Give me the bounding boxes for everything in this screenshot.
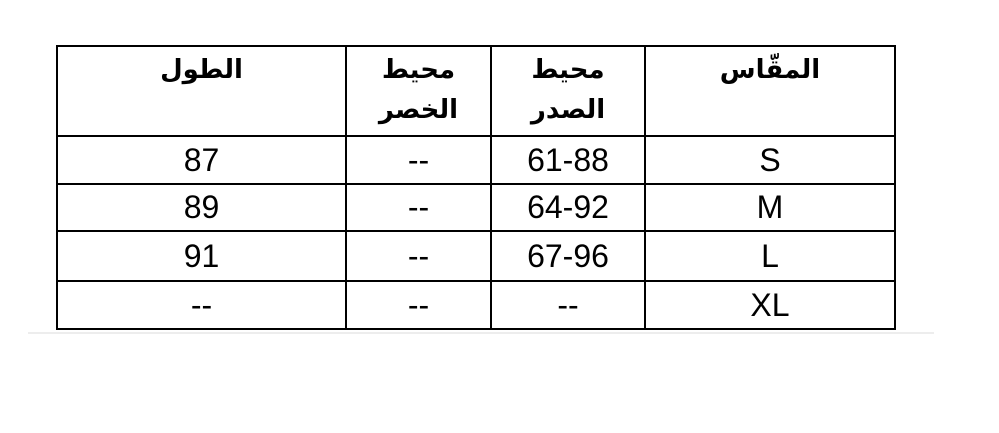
table-row-xl: XL -- -- --	[57, 281, 895, 329]
cell-chest: 67-96	[491, 231, 645, 281]
header-waist-label-line2: الخصر	[347, 90, 490, 130]
size-chart-table: المقّاس محيط الصدر محيط الخصر الطول	[56, 45, 896, 330]
header-waist-label: محيط	[347, 50, 490, 90]
header-length-label-line2	[58, 90, 345, 130]
table-row-s: S 61-88 -- 87	[57, 136, 895, 184]
page-canvas: المقّاس محيط الصدر محيط الخصر الطول	[0, 0, 999, 433]
cell-chest: 64-92	[491, 184, 645, 231]
cell-length: --	[57, 281, 346, 329]
cell-waist: --	[346, 136, 491, 184]
header-size-label: المقّاس	[646, 50, 894, 90]
cell-chest: --	[491, 281, 645, 329]
cell-chest: 61-88	[491, 136, 645, 184]
cell-size: XL	[645, 281, 895, 329]
cell-length: 91	[57, 231, 346, 281]
cell-size: M	[645, 184, 895, 231]
header-size: المقّاس	[645, 46, 895, 136]
table-row-l: L 67-96 -- 91	[57, 231, 895, 281]
table-row-m: M 64-92 -- 89	[57, 184, 895, 231]
cell-size: S	[645, 136, 895, 184]
header-chest-label-line2: الصدر	[492, 90, 644, 130]
cell-waist: --	[346, 281, 491, 329]
header-length-label: الطول	[58, 50, 345, 90]
table-bottom-shadow-artifact	[28, 332, 934, 334]
header-waist: محيط الخصر	[346, 46, 491, 136]
cell-waist: --	[346, 231, 491, 281]
cell-length: 87	[57, 136, 346, 184]
header-row: المقّاس محيط الصدر محيط الخصر الطول	[57, 46, 895, 136]
header-size-label-line2	[646, 90, 894, 130]
header-chest: محيط الصدر	[491, 46, 645, 136]
header-chest-label: محيط	[492, 50, 644, 90]
cell-waist: --	[346, 184, 491, 231]
header-length: الطول	[57, 46, 346, 136]
cell-size: L	[645, 231, 895, 281]
cell-length: 89	[57, 184, 346, 231]
